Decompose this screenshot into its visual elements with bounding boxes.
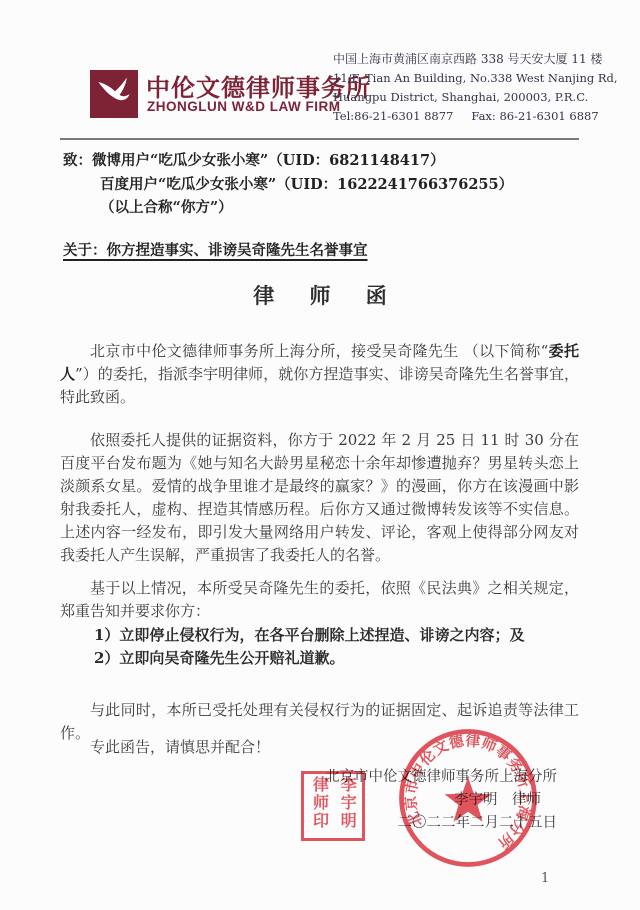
demand-list: 1）立即停止侵权行为，在各平台删除上述捏造、诽谤之内容；及 2）立即向吴奇隆先生… [94, 624, 579, 669]
page-number: 1 [541, 871, 549, 886]
p1-text-before: 北京市中伦文德律师事务所上海分所，接受吴奇隆先生 （以下简称“ [90, 342, 548, 360]
lawyer-square-seal: 律师印 李宇明 [301, 771, 365, 841]
firm-address-block: 中国上海市黄浦区南京西路 338 号天安大厦 11 楼 11/F, Tian A… [333, 50, 583, 126]
seal-right-column: 李宇明 [335, 776, 360, 836]
stamp-star-icon [445, 777, 492, 822]
letter-title: 律 师 函 [0, 280, 640, 310]
recipient-weibo-line: 致：微博用户“吃瓜少女张小寒”（UID：6821148417） [63, 149, 583, 173]
recipient-block: 致：微博用户“吃瓜少女张小寒”（UID：6821148417） 百度用户“吃瓜少… [63, 149, 583, 220]
demand-item-1: 1）立即停止侵权行为，在各平台删除上述捏造、诽谤之内容；及 [94, 624, 579, 647]
seal-left-column: 律师印 [307, 776, 332, 836]
recipient-alias-line: （以上合称“你方”） [63, 196, 583, 220]
tel-fax-line: Tel:86-21-6301 8877Fax: 86-21-6301 6887 [333, 107, 583, 126]
address-line-chinese: 中国上海市黄浦区南京西路 338 号天安大厦 11 楼 [333, 50, 583, 69]
firm-name-english: ZHONGLUN W&D LAW FIRM [147, 99, 340, 114]
paragraph-demands: 基于以上情况，本所受吴奇隆先生的委托，依照《民法典》之相关规定，郑重告知并要求你… [60, 577, 579, 669]
address-line-en-1: 11/F, Tian An Building, No.338 West Nanj… [333, 69, 583, 88]
fax-number: Fax: 86-21-6301 6887 [471, 109, 598, 123]
recipient-baidu-line: 百度用户“吃瓜少女张小寒”（UID：1622241766376255） [63, 173, 583, 197]
swallow-bird-icon [92, 72, 136, 116]
subject-line: 关于：你方捏造事实、诽谤吴奇隆先生名誉事宜 [63, 239, 583, 260]
paragraph-facts: 依照委托人提供的证据资料，你方于 2022 年 2 月 25 日 11 时 30… [60, 429, 579, 567]
firm-round-stamp: 北京市中伦文德律师事务所上海分所 [392, 722, 544, 874]
demand-item-2: 2）立即向吴奇隆先生公开赔礼道歉。 [94, 647, 579, 670]
firm-logo [90, 70, 138, 118]
header-divider [60, 138, 579, 140]
lawyer-letter-page: 中伦文德律师事务所 ZHONGLUN W&D LAW FIRM 中国上海市黄浦区… [0, 0, 640, 910]
demand-intro: 基于以上情况，本所受吴奇隆先生的委托，依照《民法典》之相关规定，郑重告知并要求你… [60, 577, 579, 623]
address-line-en-2: Huangpu District, Shanghai, 200003, P.R.… [333, 88, 583, 107]
p1-text-after: ”）的委托，指派李宇明律师，就你方捏造事实、诽谤吴奇隆先生名誉事宜，特此致函。 [60, 365, 579, 406]
tel-number: Tel:86-21-6301 8877 [333, 109, 453, 123]
paragraph-engagement: 北京市中伦文德律师事务所上海分所，接受吴奇隆先生 （以下简称“委托人”）的委托，… [60, 340, 579, 409]
